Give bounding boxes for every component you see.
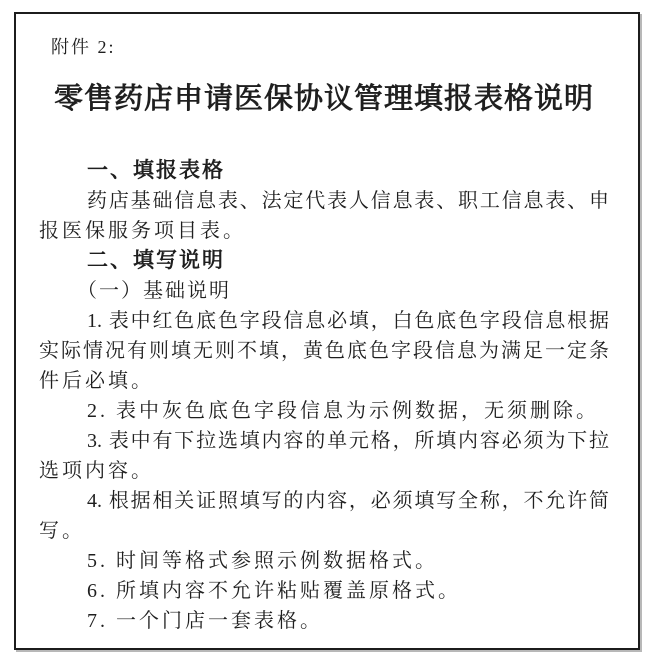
text-line: 写。 — [39, 516, 609, 546]
text-line: 2. 表中灰色底色字段信息为示例数据，无须删除。 — [39, 396, 609, 426]
text-line: 选项内容。 — [39, 456, 609, 486]
text-line: 3. 表中有下拉选填内容的单元格，所填内容必须为下拉 — [39, 426, 609, 456]
text-line: 7. 一个门店一套表格。 — [39, 606, 609, 636]
text-line: 二、填写说明 — [39, 246, 609, 276]
document-page: 附件 2: 零售药店申请医保协议管理填报表格说明 一、填报表格药店基础信息表、法… — [0, 0, 654, 669]
text-line: 5. 时间等格式参照示例数据格式。 — [39, 546, 609, 576]
text-line: 1. 表中红色底色字段信息必填，白色底色字段信息根据 — [39, 306, 609, 336]
text-line: 一、填报表格 — [39, 156, 609, 186]
text-line: 报医保服务项目表。 — [39, 216, 609, 246]
text-line: （一）基础说明 — [39, 276, 609, 306]
document-border-frame: 附件 2: 零售药店申请医保协议管理填报表格说明 一、填报表格药店基础信息表、法… — [14, 12, 640, 650]
text-line: 实际情况有则填无则不填，黄色底色字段信息为满足一定条 — [39, 336, 609, 366]
document-title: 零售药店申请医保协议管理填报表格说明 — [39, 78, 609, 120]
text-line: 药店基础信息表、法定代表人信息表、职工信息表、申 — [39, 186, 609, 216]
text-line: 6. 所填内容不允许粘贴覆盖原格式。 — [39, 576, 609, 606]
text-line: 4. 根据相关证照填写的内容，必须填写全称，不允许简 — [39, 486, 609, 516]
attachment-label: 附件 2: — [39, 32, 609, 62]
document-body: 一、填报表格药店基础信息表、法定代表人信息表、职工信息表、申报医保服务项目表。二… — [39, 156, 609, 636]
text-line: 件后必填。 — [39, 366, 609, 396]
